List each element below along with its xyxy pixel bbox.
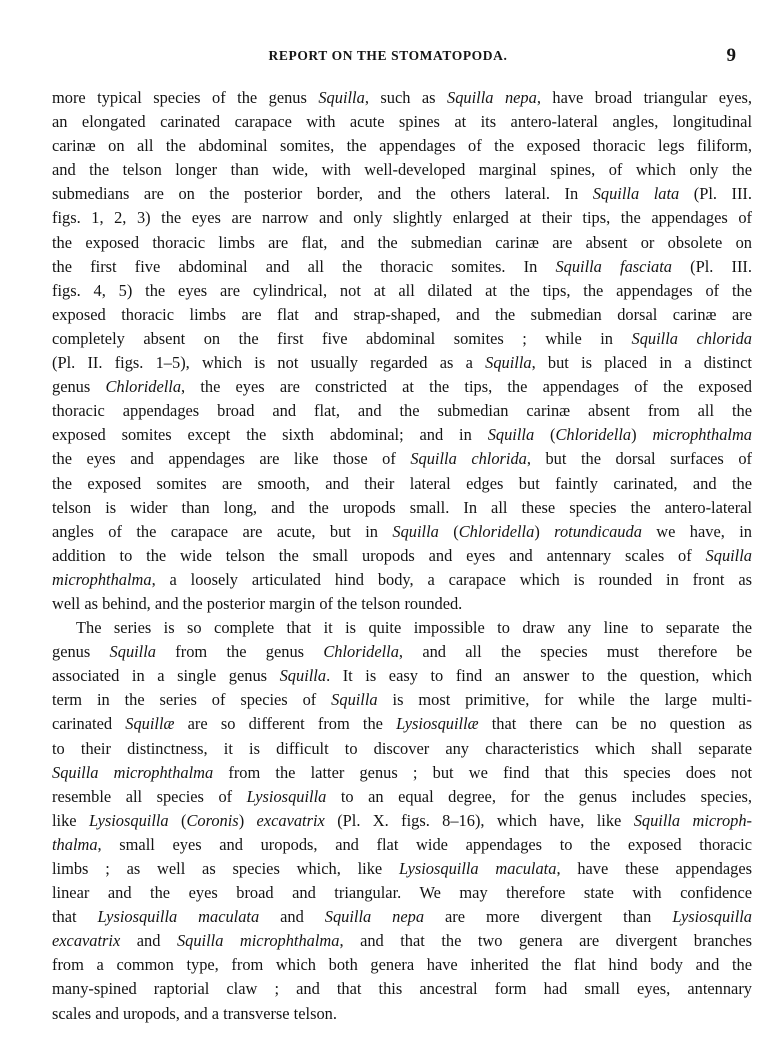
paragraph: more typical species of the genus Squill… [52,86,752,616]
italic-taxon: Squilla [706,546,752,565]
italic-taxon: excavatrix [257,811,325,830]
text-run: carinated [52,714,125,733]
text-run: (Pl. III. [679,184,752,203]
text-line: completely absent on the first five abdo… [52,327,752,351]
paragraph: The series is so complete that it is qui… [52,616,752,1026]
italic-taxon: Chloridella [105,377,181,396]
text-line: associated in a single genus Squilla. It… [52,664,752,688]
italic-taxon: Squilla [318,88,364,107]
text-run: ) [239,811,257,830]
text-run: angles of the carapace are acute, but in [52,522,392,541]
text-run: ( [169,811,187,830]
text-run: genus [52,377,105,396]
text-run: linear and the eyes broad and triangular… [52,883,752,902]
text-run: , but the dorsal surfaces of [527,449,752,468]
text-run: submedians are on the posterior border, … [52,184,593,203]
text-run: limbs ; as well as species which, like [52,859,399,878]
italic-taxon: Squilla [488,425,534,444]
text-line: figs. 4, 5) the eyes are cylindrical, no… [52,279,752,303]
text-run: that there can be no question as [479,714,752,733]
italic-taxon: Squilla microph- [634,811,752,830]
text-line: exposed somites except the sixth abdomin… [52,423,752,447]
text-run: , small eyes and uropods, and flat wide … [98,835,752,854]
italic-taxon: Squilla [485,353,531,372]
italic-taxon: Lysiosquilla [89,811,169,830]
text-run: , have these appendages [556,859,752,878]
text-line: exposed thoracic limbs are flat and stra… [52,303,752,327]
text-line: genus Chloridella, the eyes are constric… [52,375,752,399]
text-run: and [259,907,325,926]
text-run: exposed thoracic limbs are flat and stra… [52,305,752,324]
text-line: microphthalma, a loosely articulated hin… [52,568,752,592]
text-run: the exposed somites are smooth, and thei… [52,474,752,493]
text-line: thoracic appendages broad and flat, and … [52,399,752,423]
text-line: The series is so complete that it is qui… [52,616,752,640]
italic-taxon: Squilla chlorida [632,329,753,348]
italic-taxon: Squilla lata [593,184,679,203]
text-run: many-spined raptorial claw ; and that th… [52,979,752,998]
text-run: like [52,811,89,830]
italic-taxon: rotundicauda [554,522,642,541]
text-run: (Pl. X. figs. 8–16), which have, like [325,811,634,830]
text-run: from a common type, from which both gene… [52,955,752,974]
text-line: the eyes and appendages are like those o… [52,447,752,471]
text-run: , a loosely articulated hind body, a car… [152,570,752,589]
italic-taxon: Squilla nepa [325,907,424,926]
text-line: linear and the eyes broad and triangular… [52,881,752,905]
text-line: from a common type, from which both gene… [52,953,752,977]
text-line: angles of the carapace are acute, but in… [52,520,752,544]
text-run: to their distinctness, it is difficult t… [52,739,752,758]
italic-taxon: Lysiosquillæ [396,714,478,733]
text-run: The series is so complete that it is qui… [76,618,752,637]
italic-taxon: Squilla [110,642,156,661]
text-line: addition to the wide telson the small ur… [52,544,752,568]
text-run: scales and uropods, and a transverse tel… [52,1004,337,1023]
text-run: ( [439,522,459,541]
text-run: resemble all species of [52,787,247,806]
text-line: figs. 1, 2, 3) the eyes are narrow and o… [52,206,752,230]
text-run: genus [52,642,110,661]
italic-taxon: Squilla fasciata [555,257,672,276]
text-run: we have, in [642,522,752,541]
text-line: (Pl. II. figs. 1–5), which is not usuall… [52,351,752,375]
italic-taxon: Squilla microphthalma [177,931,340,950]
text-run: , such as [365,88,447,107]
text-line: well as behind, and the posterior margin… [52,592,752,616]
text-run: thoracic appendages broad and flat, and … [52,401,752,420]
italic-taxon: Squilla [280,666,326,685]
text-line: that Lysiosquilla maculata and Squilla n… [52,905,752,929]
page-number: 9 [727,45,737,67]
text-run: to an equal degree, for the genus includ… [326,787,752,806]
italic-taxon: microphthalma [652,425,752,444]
italic-taxon: excavatrix [52,931,120,950]
text-run: from the genus [156,642,323,661]
italic-taxon: Squilla [392,522,438,541]
text-line: many-spined raptorial claw ; and that th… [52,977,752,1001]
text-run: , the eyes are constricted at the tips, … [181,377,752,396]
text-run: , have broad triangular eyes, [537,88,752,107]
italic-taxon: Lysiosquilla maculata [399,859,556,878]
text-run: carinæ on all the abdominal somites, the… [52,136,752,155]
text-line: limbs ; as well as species which, like L… [52,857,752,881]
text-line: thalma, small eyes and uropods, and flat… [52,833,752,857]
text-line: telson is wider than long, and the uropo… [52,496,752,520]
italic-taxon: Chloridella [459,522,535,541]
text-run: ) [631,425,652,444]
text-line: Squilla microphthalma from the latter ge… [52,761,752,785]
text-run: an elongated carinated carapace with acu… [52,112,752,131]
text-run: is most primitive, for while the large m… [378,690,752,709]
italic-taxon: Squilla chlorida [410,449,527,468]
italic-taxon: Lysiosquilla [672,907,752,926]
text-run: completely absent on the first five abdo… [52,329,632,348]
text-line: carinated Squillæ are so different from … [52,712,752,736]
text-line: submedians are on the posterior border, … [52,182,752,206]
text-line: and the telson longer than wide, with we… [52,158,752,182]
text-run: the eyes and appendages are like those o… [52,449,410,468]
text-line: the exposed somites are smooth, and thei… [52,472,752,496]
text-line: the exposed thoracic limbs are flat, and… [52,231,752,255]
text-run: . It is easy to find an answer to the qu… [326,666,752,685]
text-run: that [52,907,98,926]
text-run: figs. 1, 2, 3) the eyes are narrow and o… [52,208,752,227]
text-line: excavatrix and Squilla microphthalma, an… [52,929,752,953]
text-line: like Lysiosquilla (Coronis) excavatrix (… [52,809,752,833]
italic-taxon: Coronis [186,811,238,830]
italic-taxon: Lysiosquilla [247,787,327,806]
text-line: an elongated carinated carapace with acu… [52,110,752,134]
text-run: term in the series of species of [52,690,331,709]
italic-taxon: Squilla [331,690,377,709]
italic-taxon: Chloridella [556,425,632,444]
text-run: figs. 4, 5) the eyes are cylindrical, no… [52,281,752,300]
text-line: carinæ on all the abdominal somites, the… [52,134,752,158]
text-run: , but is placed in a distinct [532,353,752,372]
text-line: resemble all species of Lysiosquilla to … [52,785,752,809]
text-run: the exposed thoracic limbs are flat, and… [52,233,752,252]
text-run: more typical species of the genus [52,88,318,107]
text-run: are more divergent than [424,907,672,926]
text-run: and [120,931,177,950]
text-run: associated in a single genus [52,666,280,685]
text-line: more typical species of the genus Squill… [52,86,752,110]
body-text: more typical species of the genus Squill… [52,86,752,1026]
text-run: (Pl. III. [672,257,752,276]
text-line: term in the series of species of Squilla… [52,688,752,712]
text-run: , and all the species must therefore be [399,642,752,661]
text-run: (Pl. II. figs. 1–5), which is not usuall… [52,353,485,372]
text-run: exposed somites except the sixth abdomin… [52,425,488,444]
italic-taxon: Squillæ [125,714,174,733]
italic-taxon: Lysiosquilla maculata [98,907,260,926]
italic-taxon: microphthalma [52,570,152,589]
text-run: ( [534,425,555,444]
text-run: well as behind, and the posterior margin… [52,594,462,613]
text-line: genus Squilla from the genus Chloridella… [52,640,752,664]
italic-taxon: thalma [52,835,98,854]
text-run: addition to the wide telson the small ur… [52,546,706,565]
text-line: to their distinctness, it is difficult t… [52,737,752,761]
text-run: from the latter genus ; but we find that… [213,763,752,782]
italic-taxon: Chloridella [323,642,399,661]
text-run: , and that the two genera are divergent … [339,931,752,950]
text-line: the first five abdominal and all the tho… [52,255,752,279]
running-head: REPORT ON THE STOMATOPODA. 9 [0,48,776,70]
text-line: scales and uropods, and a transverse tel… [52,1002,752,1026]
italic-taxon: Squilla nepa [447,88,537,107]
running-title: REPORT ON THE STOMATOPODA. [0,48,776,64]
text-run: are so different from the [174,714,396,733]
italic-taxon: Squilla microphthalma [52,763,213,782]
text-run: ) [534,522,554,541]
text-run: the first five abdominal and all the tho… [52,257,555,276]
text-run: telson is wider than long, and the uropo… [52,498,752,517]
text-run: and the telson longer than wide, with we… [52,160,752,179]
